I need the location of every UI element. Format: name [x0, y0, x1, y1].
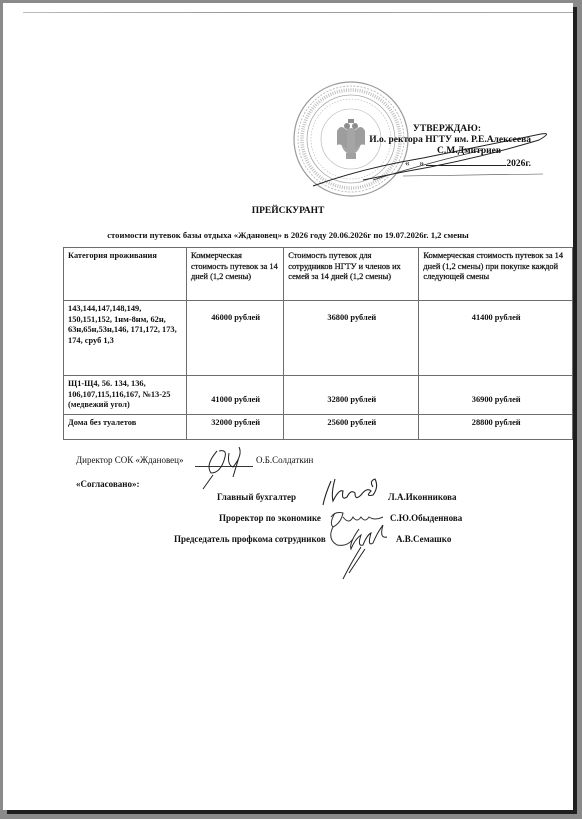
accountant-position: Главный бухгалтер: [217, 492, 296, 502]
union-chair-position: Председатель профкома сотрудников: [174, 534, 326, 544]
accountant-name: Л.А.Иконникова: [388, 492, 457, 502]
director-name: О.Б.Солдаткин: [256, 455, 313, 465]
vice-rector-name: С.Ю.Обыденнова: [390, 513, 462, 523]
table-row: Дома без туалетов 32000 рублей 25600 руб…: [64, 415, 573, 440]
next-shift-price: 36900 рублей: [419, 376, 573, 415]
price-table: Категория проживания Коммерческая стоимо…: [63, 247, 573, 440]
approval-date: « » 2026г.: [363, 157, 531, 170]
category-cell: Дома без туалетов: [64, 415, 187, 440]
table-row: 143,144,147,148,149, 150,151,152, 1нм-8н…: [64, 301, 573, 376]
commercial-price: 32000 рублей: [187, 415, 284, 440]
commercial-price: 41000 рублей: [187, 376, 284, 415]
header-category: Категория проживания: [64, 248, 187, 301]
header-next-shift: Коммерческая стоимость путевок за 14 дне…: [419, 248, 573, 301]
staff-price: 25600 рублей: [284, 415, 419, 440]
union-chair-name: А.В.Семашко: [396, 534, 451, 544]
director-signature-icon: [199, 443, 259, 493]
category-cell: Щ1-Щ4, 56. 134, 136, 106,107,115,116,167…: [64, 376, 187, 415]
next-shift-price: 28800 рублей: [419, 415, 573, 440]
table-row: Щ1-Щ4, 56. 134, 136, 106,107,115,116,167…: [64, 376, 573, 415]
next-shift-price: 41400 рублей: [419, 301, 573, 376]
approval-heading: УТВЕРЖДАЮ:: [363, 124, 531, 135]
agreed-label: «Согласовано»:: [76, 479, 140, 489]
approval-block: УТВЕРЖДАЮ: И.о. ректора НГТУ им. Р.Е.Але…: [363, 124, 531, 170]
document-page: УТВЕРЖДАЮ: И.о. ректора НГТУ им. Р.Е.Але…: [3, 3, 573, 810]
header-staff: Стоимость путевок для сотрудников НГТУ и…: [284, 248, 419, 301]
approval-position: И.о. ректора НГТУ им. Р.Е.Алексеева: [363, 135, 531, 146]
staff-price: 32800 рублей: [284, 376, 419, 415]
document-subtitle: стоимости путевок базы отдыха «Ждановец»…: [3, 230, 573, 240]
header-commercial: Коммерческая стоимость путевок за 14 дне…: [187, 248, 284, 301]
union-chair-signature-icon: [339, 519, 395, 581]
table-header-row: Категория проживания Коммерческая стоимо…: [64, 248, 573, 301]
approval-name: С.М.Дмитриев: [363, 146, 531, 157]
category-cell: 143,144,147,148,149, 150,151,152, 1нм-8н…: [64, 301, 187, 376]
staff-price: 36800 рублей: [284, 301, 419, 376]
vice-rector-position: Проректор по экономике: [219, 513, 321, 523]
commercial-price: 46000 рублей: [187, 301, 284, 376]
document-title: ПРЕЙСКУРАНТ: [3, 206, 573, 216]
scan-artifact-line: [23, 12, 573, 13]
director-position: Директор СОК «Ждановец»: [76, 455, 184, 465]
